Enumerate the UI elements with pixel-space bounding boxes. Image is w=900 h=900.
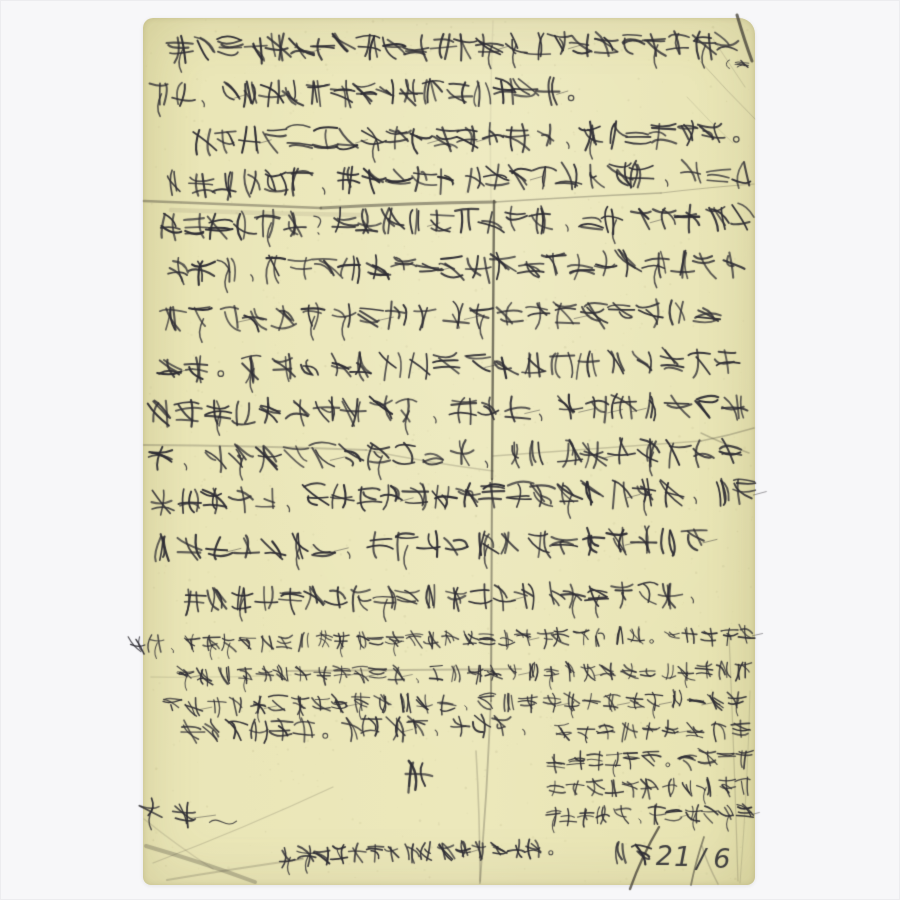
handwriting-line: 你给建议她不应该叫保纪科市捐係，你银行我气啦。 — [191, 126, 749, 156]
handwriting-line: 边玩。我给你改查当时情况她给猜猜吧我决算啦 — [154, 354, 742, 384]
handwriting-line: 这次我们都去锻炼你去在部队环境锻炼我去在队里到新 — [169, 34, 737, 64]
handwriting-line: 保纪干事朱谋说，并没有什么请你不要怪她不做 — [153, 534, 709, 564]
handwriting-line: 解她工作情况。再见再见，在暮别， — [181, 719, 537, 745]
handwriting-line: 疑，你不要把保纪部门的人，以过如重视谁也不敢 — [147, 444, 745, 474]
handwriting-line: 可继～ — [131, 795, 239, 823]
handwriting-line: 还是我妈是她写的四元弄了我算，锦绣今后我们多通信吧互相了 — [163, 696, 749, 717]
text-layer: 这次我们都去锻炼你去在部队环境锻炼我去在队里到新（一锻炼，你让我当英雄我坐你车以… — [1, 1, 900, 900]
letter-photo: 这次我们都去锻炼你去在部队环境锻炼我去在队里到新（一锻炼，你让我当英雄我坐你车以… — [0, 0, 900, 900]
handwriting-line: 刻一种感觉，有個关外味道 — [543, 807, 753, 828]
handwriting-line: 过去他和我是很好那天他我们这块玩我也在外 — [159, 304, 721, 334]
handwriting-line: 豆子粉色米都去像没有来 — [547, 779, 753, 800]
handwriting-line: 不冷和这一样。信上的大 — [547, 751, 753, 772]
handwriting-line: 政 — [399, 759, 435, 795]
handwriting-line: 去接近他们，过去是常有这样人俗天不怕地不怕，就怕 — [151, 486, 759, 516]
handwriting-line: 都好的，我之付房叫他给你打布因为他是因为开纪念 — [163, 256, 743, 286]
handwriting-line: 捎点给你吃一些我们的味道，对了以后去和她见面她们相处太远一切 — [177, 666, 753, 686]
handwriting-line: 亏心事还怕鬼叫门告诉不吃犯法的不做谁也不怕， — [183, 587, 705, 615]
handwriting-line: 他这事吧我让当就算吧，就以后，锦绣傻你不要猜 — [149, 398, 747, 428]
handwriting-line: 前况玩过了吗？你是一个纯洁的青年，在思想表现工作 — [159, 210, 751, 240]
handwriting-line: 看过之后有什么意见请打电话给我。 — [279, 845, 559, 870]
handwriting-line: 另外，我在四五去东北这次捎回来东西特产家中外大家都吃完了。我再去准备 — [128, 634, 756, 654]
handwriting-line: 请你不要多心，我要是找保纪干去做你的工作，我不如 — [164, 170, 754, 200]
handwriting-line: 明坤21/6 — [613, 838, 731, 868]
handwriting-line: 我这次去现在那裡还 — [551, 723, 751, 744]
handwriting-line: （一 — [723, 55, 749, 71]
handwriting-line: 锻炼，你让我当英雄我坐你车以免被拒绝。 — [146, 80, 584, 110]
